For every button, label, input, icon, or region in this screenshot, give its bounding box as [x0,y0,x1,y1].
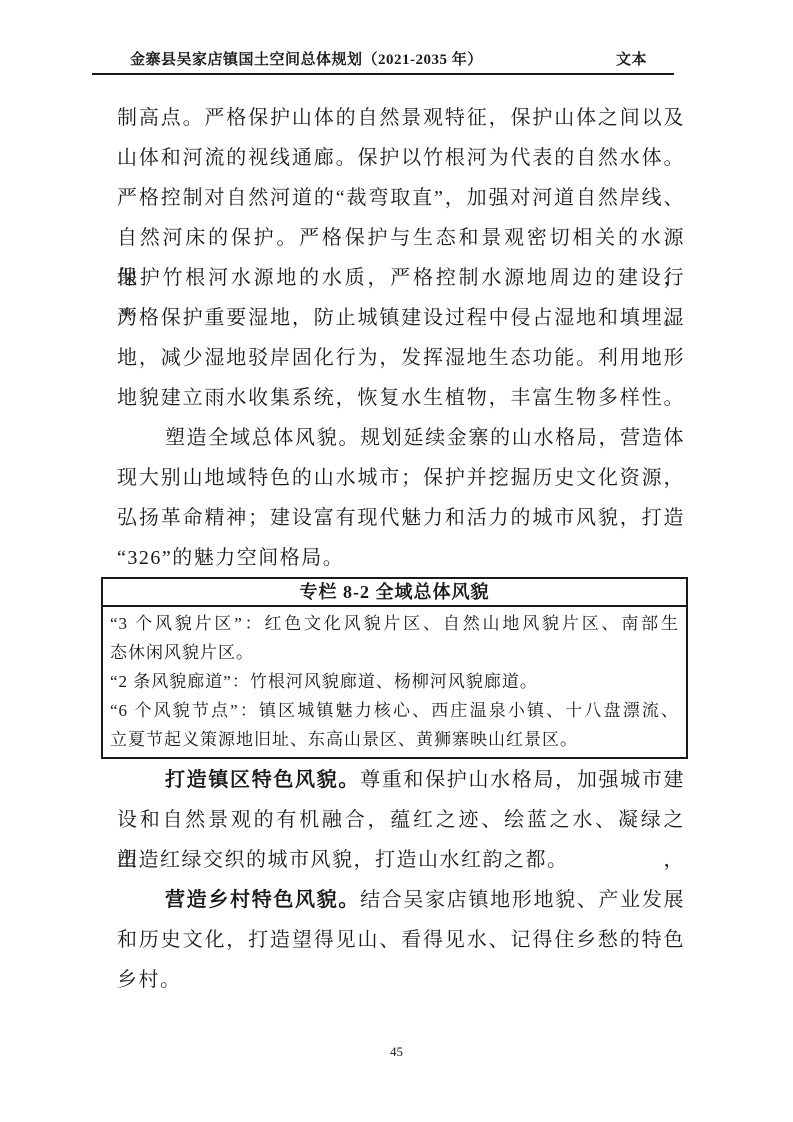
paragraph-rural-style: 营造乡村特色风貌。结合吴家店镇地形地貌、产业发展 和历史文化，打造望得见山、看得… [117,880,685,1000]
text-line: 和历史文化，打造望得见山、看得见水、记得住乡愁的特色 [117,920,685,960]
text-line: 设和自然景观的有机融合，蕴红之迹、绘蓝之水、凝绿之山， [117,800,685,840]
text-line: “3 个风貌片区”：红色文化风貌片区、自然山地风貌片区、南部生 [110,609,679,638]
text-line: 地貌建立雨水收集系统，恢复水生植物，丰富生物多样性。 [117,378,685,418]
paragraph-town-style: 打造镇区特色风貌。尊重和保护山水格局，加强城市建 设和自然景观的有机融合，蕴红之… [117,760,685,880]
feature-box-body: “3 个风貌片区”：红色文化风貌片区、自然山地风貌片区、南部生 态休闲风貌片区。… [103,607,686,757]
text-line: “2 条风貌廊道”：竹根河风貌廊道、杨柳河风貌廊道。 [110,667,679,696]
text-line: 现大别山地域特色的山水城市；保护并挖掘历史文化资源， [117,458,685,498]
header-doc-type: 文本 [616,48,647,69]
paragraph-landscape-protection: 制高点。严格保护山体的自然景观特征，保护山体之间以及 山体和河流的视线通廊。保护… [117,98,685,418]
paragraph-lead-rest: 尊重和保护山水格局，加强城市建 [360,769,685,791]
text-line: 自然河床的保护。严格保护与生态和景观密切相关的水源地， [117,218,685,258]
paragraph-overall-style: 塑造全域总体风貌。规划延续金寨的山水格局，营造体 现大别山地域特色的山水城市；保… [117,418,685,578]
text-line: 严格控制对自然河道的“裁弯取直”，加强对河道自然岸线、 [117,178,685,218]
text-line: “326”的魅力空间格局。 [117,538,685,578]
paragraph-lead-bold: 营造乡村特色风貌。 [165,889,360,911]
text-line: 立夏节起义策源地旧址、东高山景区、黄狮寨映山红景区。 [110,725,679,754]
paragraph-lead-rest: 结合吴家店镇地形地貌、产业发展 [360,889,685,911]
header-title: 金寨县吴家店镇国土空间总体规划（2021-2035 年） [130,48,483,69]
text-line: 打造镇区特色风貌。尊重和保护山水格局，加强城市建 [117,760,685,800]
text-line: 弘扬革命精神；建设富有现代魅力和活力的城市风貌，打造 [117,498,685,538]
text-line: “6 个风貌节点”：镇区城镇魅力核心、西庄温泉小镇、十八盘漂流、 [110,696,679,725]
text-line: 严格保护重要湿地，防止城镇建设过程中侵占湿地和填埋湿 [117,298,685,338]
feature-box-title: 专栏 8-2 全域总体风貌 [103,579,686,607]
page-number: 45 [0,1044,793,1060]
text-line: 制高点。严格保护山体的自然景观特征，保护山体之间以及 [117,98,685,138]
text-line: 保护竹根河水源地的水质，严格控制水源地周边的建设行为。 [117,258,685,298]
text-line: 塑造全域总体风貌。规划延续金寨的山水格局，营造体 [117,418,685,458]
text-line: 营造乡村特色风貌。结合吴家店镇地形地貌、产业发展 [117,880,685,920]
page-header: 金寨县吴家店镇国土空间总体规划（2021-2035 年） 文本 [130,48,647,69]
header-rule [92,73,674,75]
text-line: 乡村。 [117,960,685,1000]
text-line: 地，减少湿地驳岸固化行为，发挥湿地生态功能。利用地形 [117,338,685,378]
feature-box-style-plan: 专栏 8-2 全域总体风貌 “3 个风貌片区”：红色文化风貌片区、自然山地风貌片… [101,577,688,759]
text-line: 态休闲风貌片区。 [110,638,679,667]
document-page: 金寨县吴家店镇国土空间总体规划（2021-2035 年） 文本 制高点。严格保护… [0,0,793,1122]
paragraph-lead-bold: 打造镇区特色风貌。 [165,769,360,791]
text-line: 山体和河流的视线通廊。保护以竹根河为代表的自然水体。 [117,138,685,178]
